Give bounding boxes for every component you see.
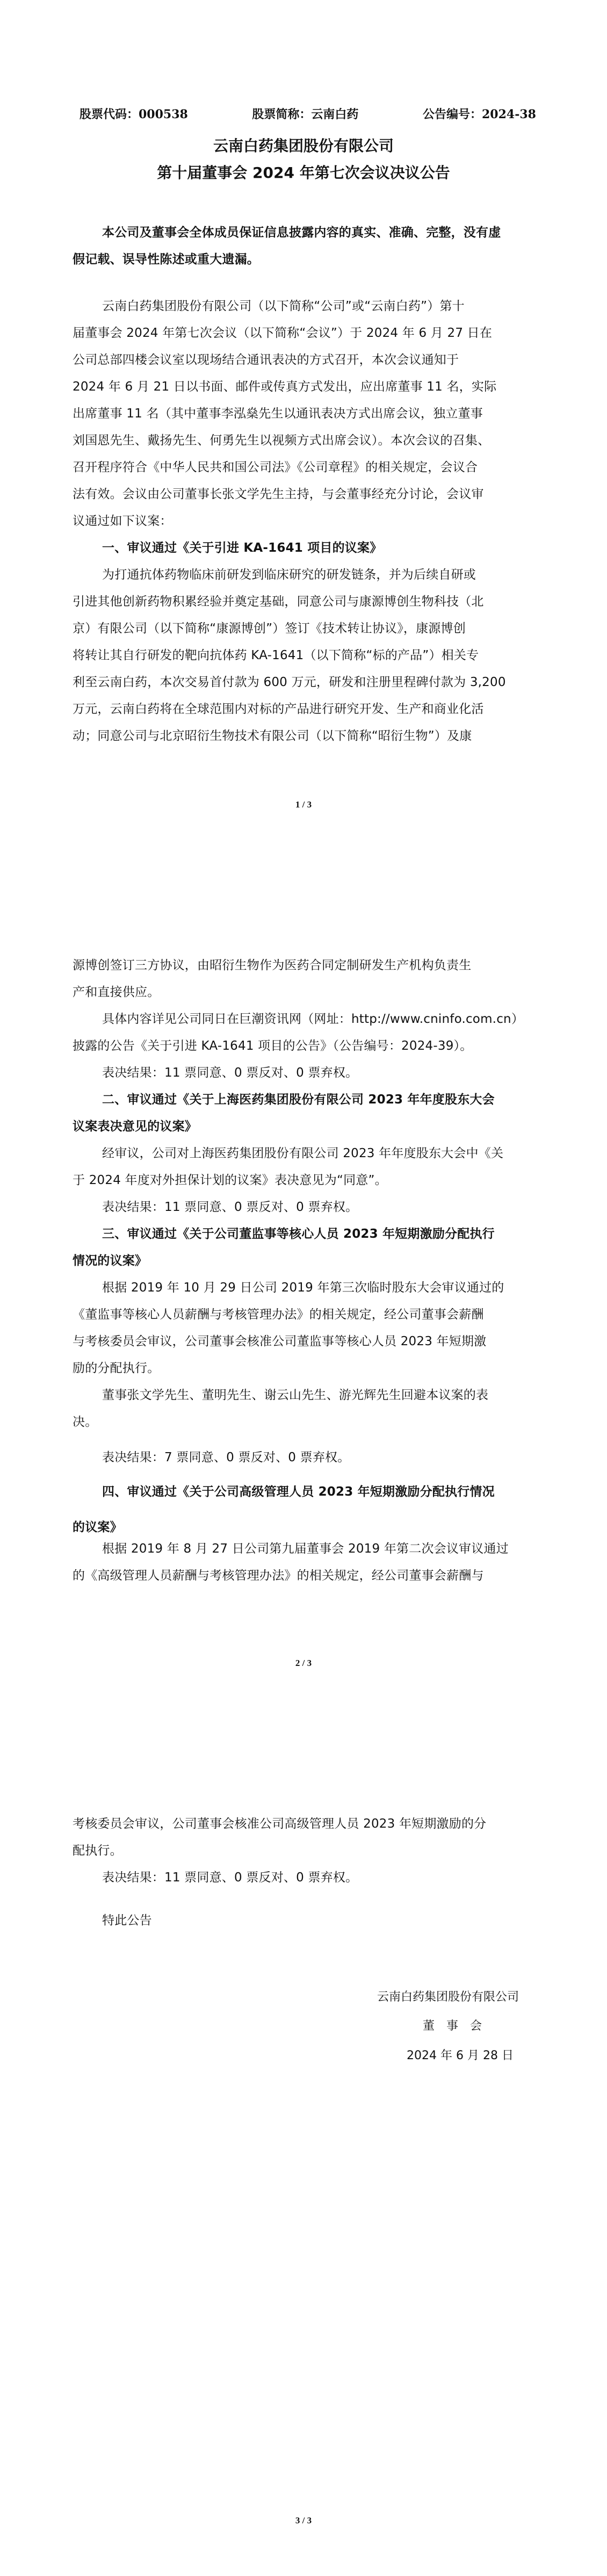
resolution-1-body: 产和直接供应。 [73,984,534,1000]
resolution-3-body: 与考核委员会审议，公司董事会核准公司董监事等核心人员 2023 年短期激 [73,1333,534,1350]
resolution-3-body: 根据 2019 年 10 月 29 日公司 2019 年第三次临时股东大会审议通… [102,1280,534,1296]
resolution-4-heading: 的议案》 [73,1519,534,1535]
document-title: 第十届董事会 2024 年第七次会议决议公告 [0,163,607,183]
resolution-1-body: 动；同意公司与北京昭衍生物技术有限公司（以下简称“昭衍生物”）及康 [73,728,534,744]
intro-line: 法有效。会议由公司董事长张文学先生主持，与会董事经充分讨论，会议审 [73,486,534,502]
closing-statement: 特此公告 [102,1913,534,1929]
resolution-3-heading: 三、审议通过《关于公司董监事等核心人员 2023 年短期激励分配执行 [102,1226,534,1242]
resolution-2-heading: 二、审议通过《关于上海医药集团股份有限公司 2023 年年度股东大会 [102,1092,534,1108]
resolution-4-heading: 四、审议通过《关于公司高级管理人员 2023 年短期激励分配执行情况 [102,1484,534,1500]
page-number: 2 / 3 [0,1658,607,1669]
resolution-1-heading: 一、审议通过《关于引进 KA-1641 项目的议案》 [102,540,534,556]
page-number: 3 / 3 [0,2515,607,2526]
intro-line: 云南白药集团股份有限公司（以下简称“公司”或“云南白药”）第十 [102,298,534,314]
company-title: 云南白药集团股份有限公司 [0,136,607,156]
intro-line: 议通过如下议案： [73,513,534,529]
resolution-1-body: 利至云南白药，本次交易首付款为 600 万元，研发和注册里程碑付款为 3,200 [73,674,534,690]
intro-line: 出席董事 11 名（其中董事李泓燊先生以通讯表决方式出席会议，独立董事 [73,406,534,422]
stock-code: 股票代码：000538 [80,105,188,124]
resolution-3-vote: 表决结果：7 票同意、0 票反对、0 票弃权。 [102,1449,534,1466]
signature-company: 云南白药集团股份有限公司 [377,1989,519,2005]
resolution-4-body: 配执行。 [73,1843,534,1859]
page-number: 1 / 3 [0,799,607,810]
resolution-1-body: 万元，云南白药将在全球范围内对标的产品进行研究开发、生产和商业化活 [73,701,534,717]
resolution-1-body: 将转让其自行研发的靶向抗体药 KA-1641（以下简称“标的产品”）相关专 [73,647,534,663]
resolution-3-recusal: 决。 [73,1414,534,1430]
resolution-1-body: 为打通抗体药物临床前研发到临床研究的研发链条，并为后续自研或 [102,567,534,583]
resolution-1-body: 京）有限公司（以下简称“康源博创”）签订《技术转让协议》，康源博创 [73,620,534,637]
intro-line: 刘国恩先生、戴扬先生、何勇先生以视频方式出席会议）。本次会议的召集、 [73,432,534,449]
announcement-header: 股票代码：000538 股票简称：云南白药 公告编号：2024-38 [80,105,536,124]
resolution-4-body: 考核委员会审议，公司董事会核准公司高级管理人员 2023 年短期激励的分 [73,1816,534,1832]
resolution-2-vote: 表决结果：11 票同意、0 票反对、0 票弃权。 [102,1199,534,1215]
resolution-3-body: 《董监事等核心人员薪酬与考核管理办法》的相关规定，经公司董事会薪酬 [73,1307,534,1323]
resolution-2-heading: 议案表决意见的议案》 [73,1119,534,1135]
intro-line: 2024 年 6 月 21 日以书面、邮件或传真方式发出，应出席董事 11 名，… [73,379,534,395]
announcement-number: 公告编号：2024-38 [423,105,536,124]
resolution-3-recusal: 董事张文学先生、董明先生、谢云山先生、游光辉先生回避本议案的表 [102,1387,534,1403]
intro-line: 公司总部四楼会议室以现场结合通讯表决的方式召开，本次会议通知于 [73,352,534,368]
disclaimer-line: 假记载、误导性陈述或重大遗漏。 [73,251,534,268]
resolution-2-body: 于 2024 年度对外担保计划的议案》表决意见为“同意”。 [73,1172,534,1188]
stock-name: 股票简称：云南白药 [252,105,358,124]
resolution-1-body: 源博创签订三方协议，由昭衍生物作为医药合同定制研发生产机构负责生 [73,957,534,973]
resolution-4-vote: 表决结果：11 票同意、0 票反对、0 票弃权。 [102,1870,534,1886]
signature-board: 董 事 会 [423,2018,482,2034]
intro-line: 届董事会 2024 年第七次会议（以下简称“会议”）于 2024 年 6 月 2… [73,325,534,341]
intro-line: 召开程序符合《中华人民共和国公司法》《公司章程》的相关规定，会议合 [73,459,534,475]
resolution-1-body: 引进其他创新药物积累经验并奠定基础，同意公司与康源博创生物科技（北 [73,594,534,610]
resolution-4-body: 的《高级管理人员薪酬与考核管理办法》的相关规定，经公司董事会薪酬与 [73,1568,534,1584]
resolution-3-heading: 情况的议案》 [73,1253,534,1269]
resolution-1-reference: 具体内容详见公司同日在巨潮资讯网（网址：http://www.cninfo.co… [102,1011,534,1027]
signature-date: 2024 年 6 月 28 日 [407,2048,514,2064]
resolution-2-body: 经审议，公司对上海医药集团股份有限公司 2023 年年度股东大会中《关 [102,1145,534,1161]
disclaimer-line: 本公司及董事会全体成员保证信息披露内容的真实、准确、完整，没有虚 [102,225,534,241]
resolution-3-body: 励的分配执行。 [73,1360,534,1376]
resolution-1-reference: 披露的公告《关于引进 KA-1641 项目的公告》（公告编号：2024-39）。 [73,1038,534,1054]
resolution-1-vote: 表决结果：11 票同意、0 票反对、0 票弃权。 [102,1065,534,1081]
resolution-4-body: 根据 2019 年 8 月 27 日公司第九届董事会 2019 年第二次会议审议… [102,1541,534,1557]
